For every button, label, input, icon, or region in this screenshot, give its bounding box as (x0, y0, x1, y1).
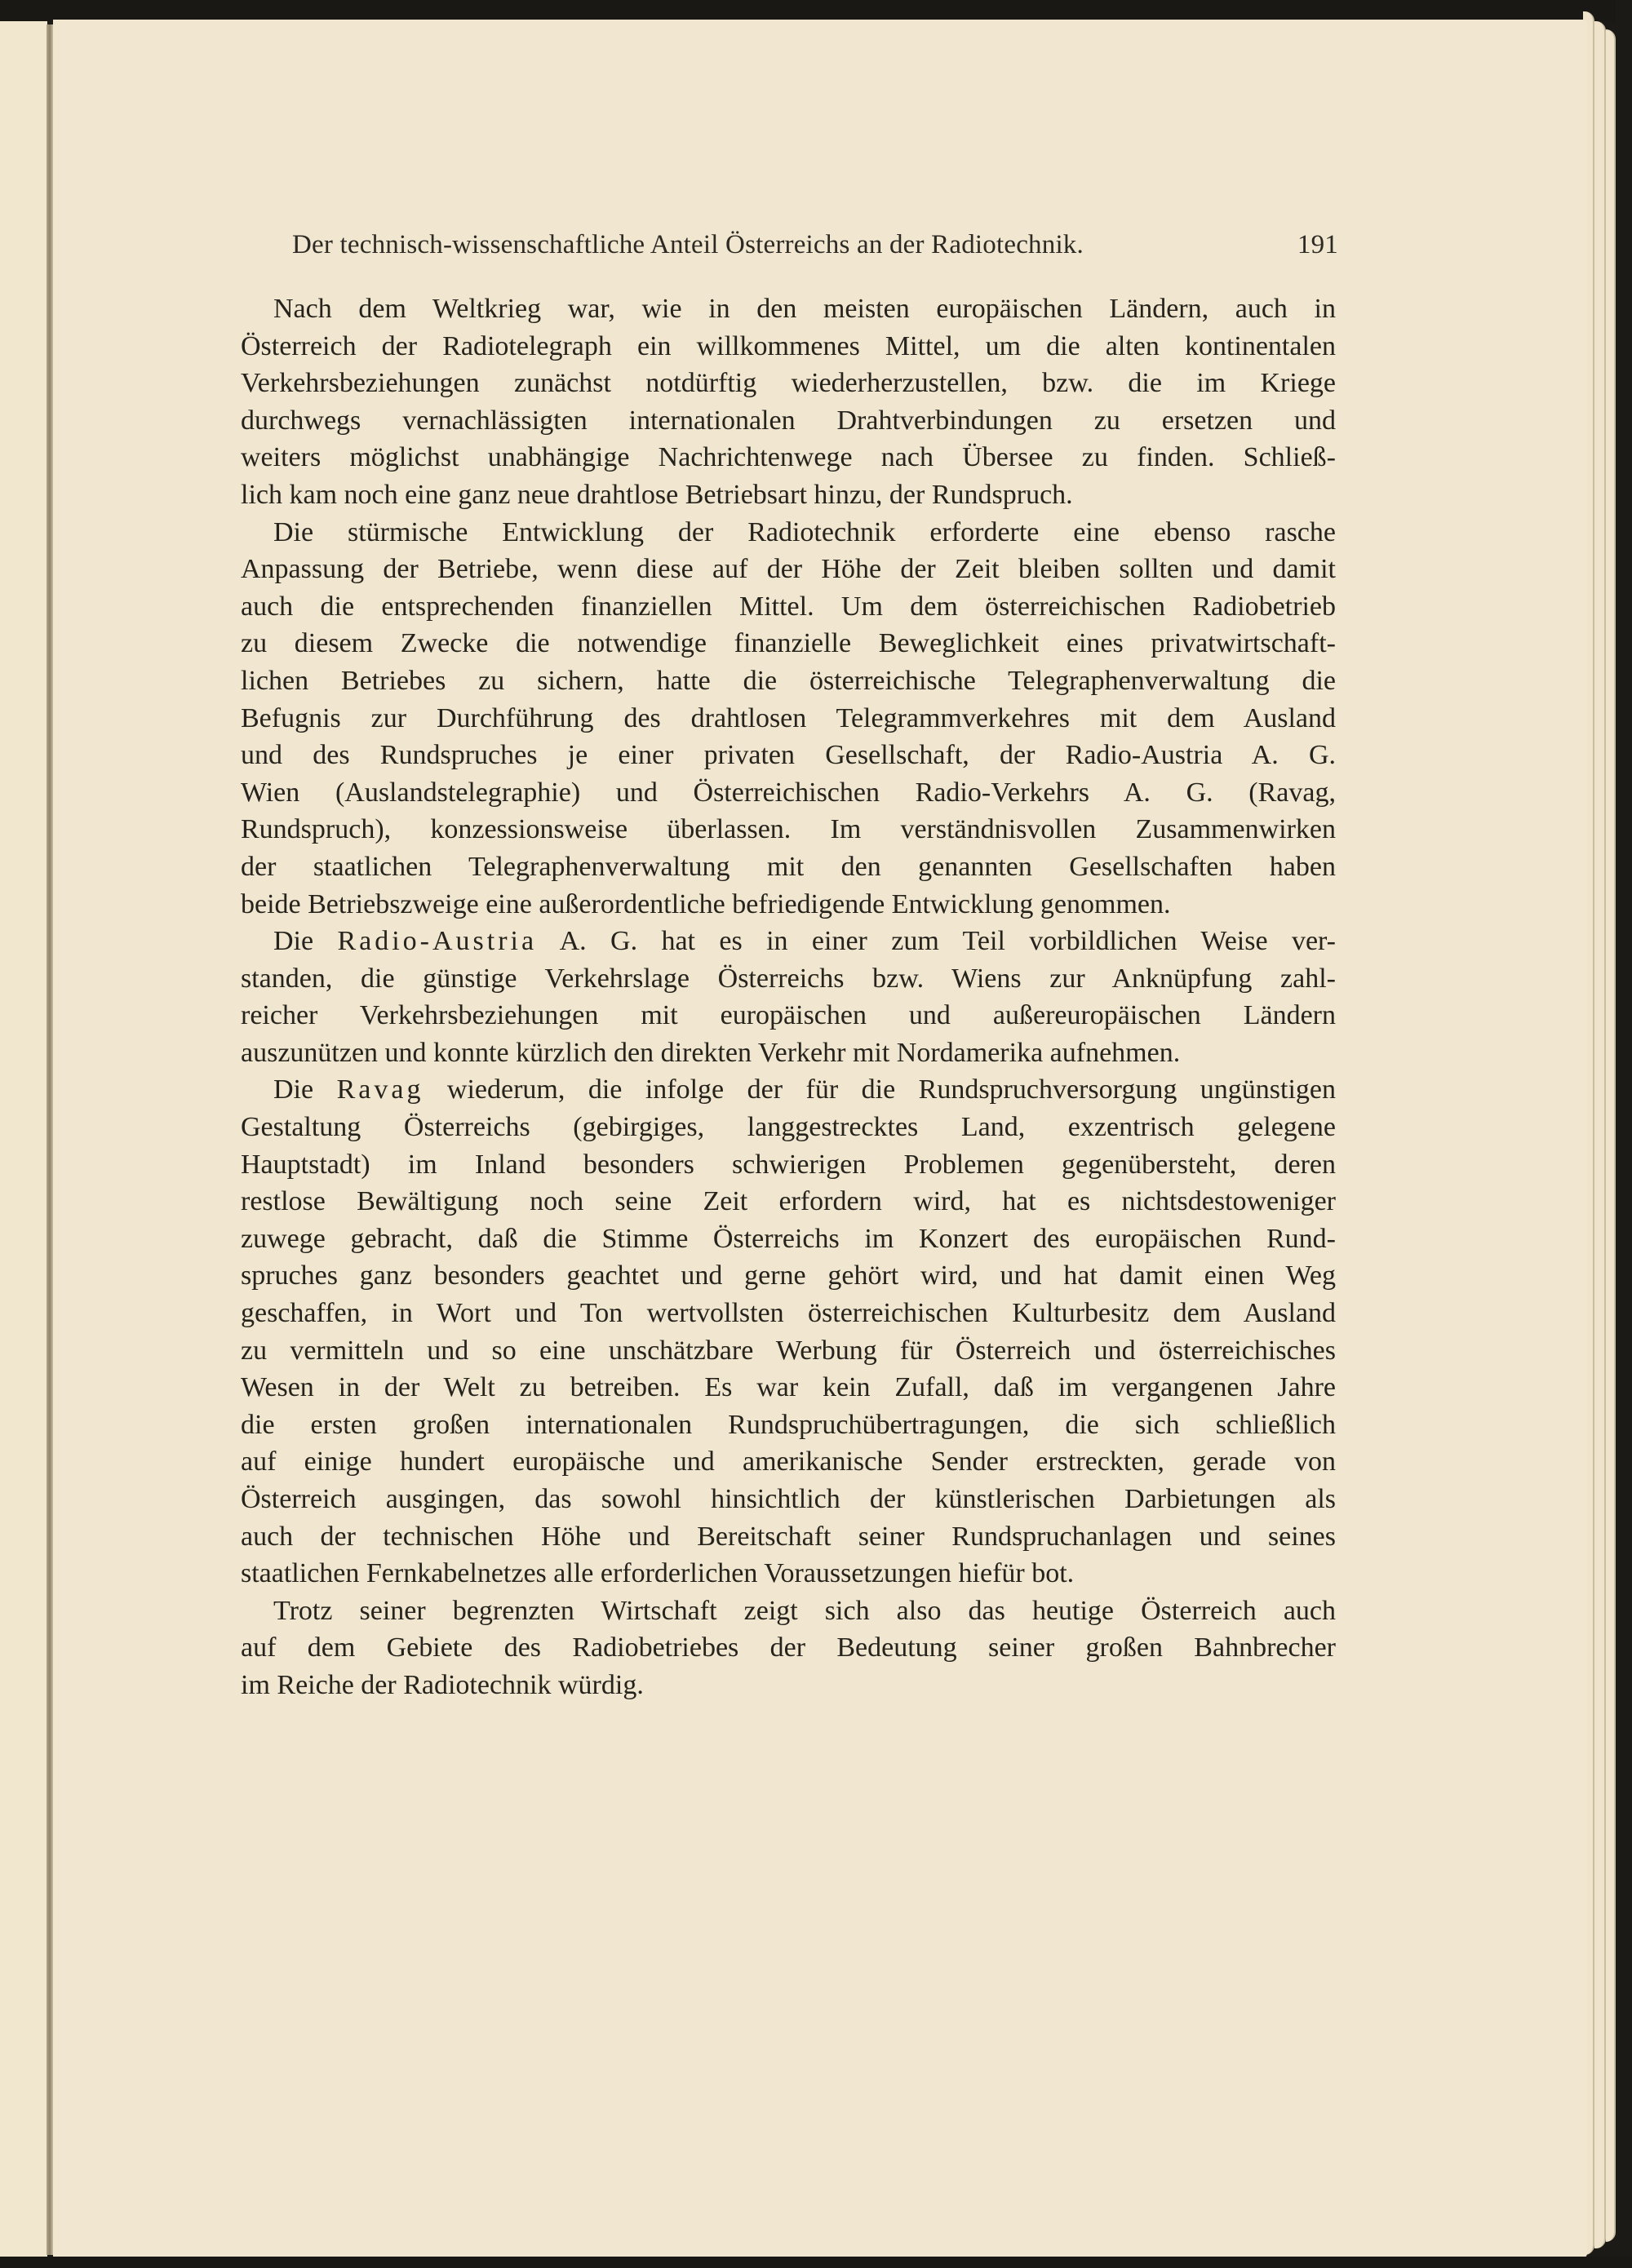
page-stack-edge (1606, 29, 1616, 2242)
scanned-book-page: Der technisch-wissenschaftliche Anteil Ö… (0, 0, 1632, 2268)
text-line: Rundspruch), konzessionsweise überlassen… (241, 811, 1336, 848)
body-text: Nach dem Weltkrieg war, wie in den meist… (241, 290, 1336, 1704)
text-line: weiters möglichst unabhängige Nachrichte… (241, 439, 1336, 476)
page-number: 191 (1297, 230, 1338, 260)
text-line: durchwegs vernachlässigten international… (241, 402, 1336, 440)
text-line: zu diesem Zwecke die notwendige finanzie… (241, 625, 1336, 662)
text-line: restlose Bewältigung noch seine Zeit erf… (241, 1183, 1336, 1220)
text-line: Anpassung der Betriebe, wenn diese auf d… (241, 551, 1336, 588)
text-line: Die Radio-Austria A. G. hat es in einer … (241, 923, 1336, 960)
text-line: auch die entsprechenden finanziellen Mit… (241, 588, 1336, 626)
text-line: staatlichen Fernkabelnetzes alle erforde… (241, 1555, 1336, 1592)
text-line: die ersten großen internationalen Rundsp… (241, 1406, 1336, 1444)
text-line: auszunützen und konnte kürzlich den dire… (241, 1034, 1336, 1072)
text-line: Verkehrsbeziehungen zunächst notdürftig … (241, 365, 1336, 402)
text-line: Trotz seiner begrenzten Wirtschaft zeigt… (241, 1592, 1336, 1630)
text-line: Befugnis zur Durchführung des drahtlosen… (241, 700, 1336, 738)
text-line: standen, die günstige Verkehrslage Öster… (241, 960, 1336, 998)
text-line: Österreich der Radiotelegraph ein willko… (241, 328, 1336, 365)
text-run: A. G. hat es in einer zum Teil vorbildli… (537, 926, 1336, 956)
paragraph: Die stürmische Entwicklung der Radiotech… (241, 514, 1336, 924)
previous-page-edge (0, 21, 47, 2257)
text-line: Wien (Auslandstelegraphie) und Österreic… (241, 774, 1336, 812)
text-line: reicher Verkehrsbeziehungen mit europäis… (241, 997, 1336, 1034)
page-stack-edge (1594, 21, 1606, 2248)
text-line: Hauptstadt) im Inland besonders schwieri… (241, 1146, 1336, 1184)
text-line: Nach dem Weltkrieg war, wie in den meist… (241, 290, 1336, 328)
running-head-title: Der technisch-wissenschaftliche Anteil Ö… (292, 230, 1084, 260)
scanner-background-bottom (0, 2257, 1632, 2268)
text-line: beide Betriebszweige eine außerordentlic… (241, 886, 1336, 924)
emphasized-name: Ravag (337, 1074, 424, 1105)
text-line: Österreich ausgingen, das sowohl hinsich… (241, 1481, 1336, 1518)
text-line: Wesen in der Welt zu betreiben. Es war k… (241, 1369, 1336, 1406)
text-line: im Reiche der Radiotechnik würdig. (241, 1667, 1336, 1704)
text-line: Die Ravag wiederum, die infolge der für … (241, 1071, 1336, 1109)
scanner-background-right (1616, 0, 1632, 2268)
paragraph: Trotz seiner begrenzten Wirtschaft zeigt… (241, 1592, 1336, 1704)
text-line: Die stürmische Entwicklung der Radiotech… (241, 514, 1336, 551)
text-line: geschaffen, in Wort und Ton wertvollsten… (241, 1295, 1336, 1332)
text-run: Die (273, 1074, 337, 1105)
text-line: lichen Betriebes zu sichern, hatte die ö… (241, 662, 1336, 700)
text-line: spruches ganz besonders geachtet und ger… (241, 1257, 1336, 1295)
text-line: Gestaltung Österreichs (gebirgiges, lang… (241, 1109, 1336, 1146)
text-line: und des Rundspruches je einer privaten G… (241, 737, 1336, 774)
text-line: auch der technischen Höhe und Bereitscha… (241, 1518, 1336, 1556)
paragraph: Die Ravag wiederum, die infolge der für … (241, 1071, 1336, 1592)
text-line: der staatlichen Telegraphenverwaltung mi… (241, 848, 1336, 886)
paragraph: Die Radio-Austria A. G. hat es in einer … (241, 923, 1336, 1071)
book-gutter (47, 24, 53, 2255)
text-line: lich kam noch eine ganz neue drahtlose B… (241, 476, 1336, 514)
running-head: Der technisch-wissenschaftliche Anteil Ö… (292, 230, 1338, 263)
text-line: auf einige hundert europäische und ameri… (241, 1443, 1336, 1481)
paragraph: Nach dem Weltkrieg war, wie in den meist… (241, 290, 1336, 514)
emphasized-name: Radio-Austria (337, 926, 537, 956)
text-line: zu vermitteln und so eine unschätzbare W… (241, 1332, 1336, 1370)
text-run: Die (273, 926, 337, 956)
text-line: zuwege gebracht, daß die Stimme Österrei… (241, 1220, 1336, 1258)
scanner-background-top (0, 0, 1632, 21)
text-run: wiederum, die infolge der für die Rundsp… (424, 1074, 1336, 1105)
text-line: auf dem Gebiete des Radiobetriebes der B… (241, 1629, 1336, 1667)
